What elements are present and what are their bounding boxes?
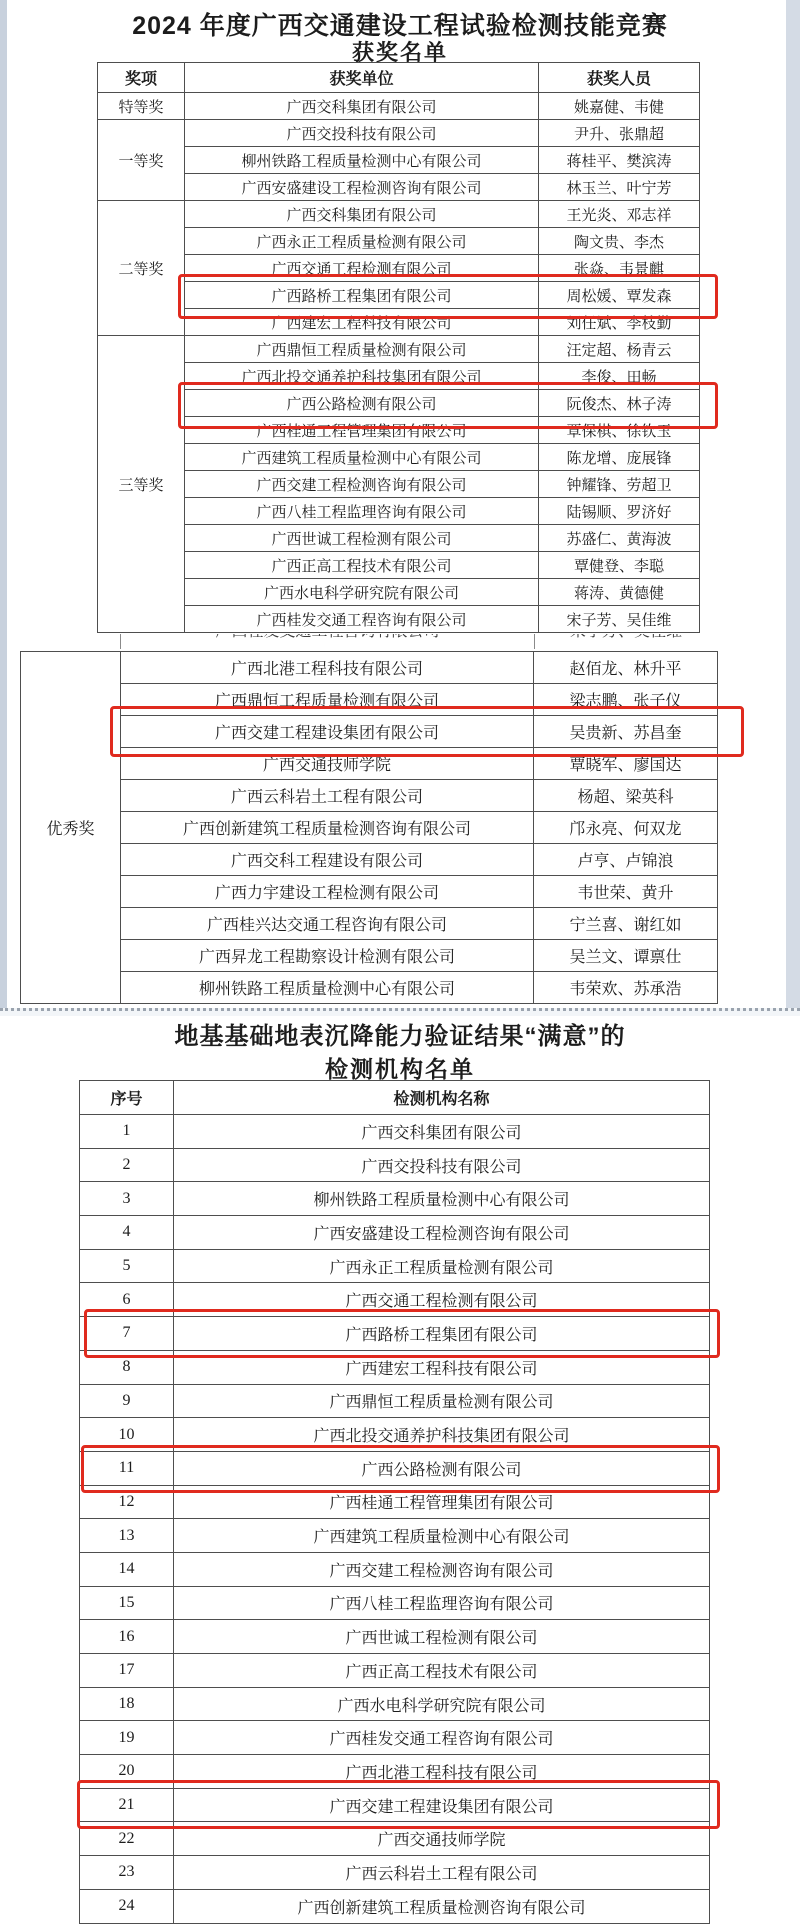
- row-number-cell: 3: [80, 1182, 174, 1216]
- awards-column-header: 获奖人员: [539, 63, 700, 93]
- row-number-cell: 23: [80, 1856, 174, 1890]
- unit-cell: 广西永正工程质量检测有限公司: [185, 228, 539, 255]
- award-row: 广西世诚工程检测有限公司苏盛仁、黄海波: [98, 525, 700, 552]
- people-cell: 梁志鹏、张子仪: [534, 684, 718, 716]
- row-number-cell: 14: [80, 1552, 174, 1586]
- row-number-cell: 20: [80, 1755, 174, 1789]
- people-cell: 杨超、梁英科: [534, 780, 718, 812]
- people-cell: 宁兰喜、谢红如: [534, 908, 718, 940]
- people-cell: 韦世荣、黄升: [534, 876, 718, 908]
- people-cell: 陶文贵、李杰: [539, 228, 700, 255]
- institution-cell: 广西路桥工程集团有限公司: [174, 1317, 710, 1351]
- award-row: 广西安盛建设工程检测咨询有限公司林玉兰、叶宁芳: [98, 174, 700, 201]
- people-cell: 邝永亮、何双龙: [534, 812, 718, 844]
- institution-cell: 广西公路检测有限公司: [174, 1451, 710, 1485]
- institution-row: 4广西安盛建设工程检测咨询有限公司: [80, 1216, 710, 1250]
- row-number-cell: 13: [80, 1519, 174, 1553]
- institution-row: 23广西云科岩土工程有限公司: [80, 1856, 710, 1890]
- people-cell: 阮俊杰、林子涛: [539, 390, 700, 417]
- institutions-table: 序号检测机构名称1广西交科集团有限公司2广西交投科技有限公司3柳州铁路工程质量检…: [79, 1080, 710, 1924]
- institution-cell: 广西桂发交通工程咨询有限公司: [174, 1721, 710, 1755]
- institution-cell: 广西北投交通养护科技集团有限公司: [174, 1418, 710, 1452]
- people-cell: 宋子芳、吴佳维: [539, 606, 700, 633]
- people-cell: 李俊、田畅: [539, 363, 700, 390]
- people-cell: 覃晓军、廖国达: [534, 748, 718, 780]
- institution-row: 21广西交建工程建设集团有限公司: [80, 1788, 710, 1822]
- institution-cell: 广西交通工程检测有限公司: [174, 1283, 710, 1317]
- people-cell: 张焱、韦景麒: [539, 255, 700, 282]
- award-row: 广西水电科学研究院有限公司蒋涛、黄德健: [98, 579, 700, 606]
- institution-row: 20广西北港工程科技有限公司: [80, 1755, 710, 1789]
- award-row: 广西交建工程建设集团有限公司吴贵新、苏昌奎: [21, 716, 718, 748]
- row-number-cell: 18: [80, 1687, 174, 1721]
- award-row: 广西创新建筑工程质量检测咨询有限公司邝永亮、何双龙: [21, 812, 718, 844]
- institution-row: 17广西正高工程技术有限公司: [80, 1654, 710, 1688]
- people-cell: 陆锡顺、罗济好: [539, 498, 700, 525]
- institution-cell: 柳州铁路工程质量检测中心有限公司: [174, 1182, 710, 1216]
- unit-cell: 广西交投科技有限公司: [185, 120, 539, 147]
- institution-row: 18广西水电科学研究院有限公司: [80, 1687, 710, 1721]
- award-category-cell: 二等奖: [98, 201, 185, 336]
- unit-cell: 广西昇龙工程勘察设计检测有限公司: [121, 940, 534, 972]
- unit-cell: 广西世诚工程检测有限公司: [185, 525, 539, 552]
- institution-row: 14广西交建工程检测咨询有限公司: [80, 1552, 710, 1586]
- people-cell: 覃健登、李聪: [539, 552, 700, 579]
- unit-cell: 广西水电科学研究院有限公司: [185, 579, 539, 606]
- awards-column-header: 获奖单位: [185, 63, 539, 93]
- institution-row: 5广西永正工程质量检测有限公司: [80, 1249, 710, 1283]
- institution-row: 3柳州铁路工程质量检测中心有限公司: [80, 1182, 710, 1216]
- unit-cell: 广西八桂工程监理咨询有限公司: [185, 498, 539, 525]
- award-row: 二等奖广西交科集团有限公司王光炎、邓志祥: [98, 201, 700, 228]
- people-cell: 钟耀锋、劳超卫: [539, 471, 700, 498]
- award-row: 三等奖广西鼎恒工程质量检测有限公司汪定超、杨青云: [98, 336, 700, 363]
- unit-cell: 柳州铁路工程质量检测中心有限公司: [121, 972, 534, 1004]
- award-row: 柳州铁路工程质量检测中心有限公司韦荣欢、苏承浩: [21, 972, 718, 1004]
- institution-row: 2广西交投科技有限公司: [80, 1148, 710, 1182]
- people-cell: 王光炎、邓志祥: [539, 201, 700, 228]
- institution-row: 16广西世诚工程检测有限公司: [80, 1620, 710, 1654]
- overlap-cut-award-cell: [20, 634, 120, 649]
- unit-cell: 广西桂通工程管理集团有限公司: [185, 417, 539, 444]
- unit-cell: 广西力宇建设工程检测有限公司: [121, 876, 534, 908]
- row-number-cell: 6: [80, 1283, 174, 1317]
- institution-row: 11广西公路检测有限公司: [80, 1451, 710, 1485]
- institution-row: 24广西创新建筑工程质量检测咨询有限公司: [80, 1889, 710, 1923]
- unit-cell: 广西北投交通养护科技集团有限公司: [185, 363, 539, 390]
- people-cell: 尹升、张鼎超: [539, 120, 700, 147]
- institution-cell: 广西交通技师学院: [174, 1822, 710, 1856]
- row-number-cell: 7: [80, 1317, 174, 1351]
- institution-row: 22广西交通技师学院: [80, 1822, 710, 1856]
- awards-header-row: 奖项获奖单位获奖人员: [98, 63, 700, 93]
- row-number-cell: 4: [80, 1216, 174, 1250]
- unit-cell: 广西桂兴达交通工程咨询有限公司: [121, 908, 534, 940]
- people-cell: 林玉兰、叶宁芳: [539, 174, 700, 201]
- row-number-cell: 1: [80, 1115, 174, 1149]
- institution-cell: 广西创新建筑工程质量检测咨询有限公司: [174, 1889, 710, 1923]
- people-cell: 吴兰文、谭禀仕: [534, 940, 718, 972]
- institution-cell: 广西永正工程质量检测有限公司: [174, 1249, 710, 1283]
- institutions-header-row: 序号检测机构名称: [80, 1081, 710, 1115]
- institution-cell: 广西交建工程检测咨询有限公司: [174, 1552, 710, 1586]
- institution-row: 8广西建宏工程科技有限公司: [80, 1350, 710, 1384]
- row-number-cell: 19: [80, 1721, 174, 1755]
- unit-cell: 广西鼎恒工程质量检测有限公司: [121, 684, 534, 716]
- institution-cell: 广西云科岩土工程有限公司: [174, 1856, 710, 1890]
- people-cell: 陈龙增、庞展锋: [539, 444, 700, 471]
- page-edge-left: [0, 0, 7, 1008]
- institution-cell: 广西鼎恒工程质量检测有限公司: [174, 1384, 710, 1418]
- unit-cell: 广西交科工程建设有限公司: [121, 844, 534, 876]
- people-cell: 周松媛、覃发森: [539, 282, 700, 309]
- award-row: 广西永正工程质量检测有限公司陶文贵、李杰: [98, 228, 700, 255]
- award-row: 广西云科岩土工程有限公司杨超、梁英科: [21, 780, 718, 812]
- people-cell: 赵佰龙、林升平: [534, 652, 718, 684]
- award-category-cell: 优秀奖: [21, 652, 121, 1004]
- institution-row: 1广西交科集团有限公司: [80, 1115, 710, 1149]
- unit-cell: 广西交科集团有限公司: [185, 201, 539, 228]
- institution-row: 6广西交通工程检测有限公司: [80, 1283, 710, 1317]
- row-number-cell: 9: [80, 1384, 174, 1418]
- section-divider: [0, 1008, 800, 1016]
- people-cell: 汪定超、杨青云: [539, 336, 700, 363]
- verification-title-line1: 地基基础地表沉降能力验证结果“满意”的: [0, 1016, 800, 1051]
- award-row: 广西北投交通养护科技集团有限公司李俊、田畅: [98, 363, 700, 390]
- award-row: 广西交通工程检测有限公司张焱、韦景麒: [98, 255, 700, 282]
- award-row: 广西力宇建设工程检测有限公司韦世荣、黄升: [21, 876, 718, 908]
- row-number-cell: 15: [80, 1586, 174, 1620]
- award-row: 特等奖广西交科集团有限公司姚嘉健、韦健: [98, 93, 700, 120]
- row-number-cell: 17: [80, 1654, 174, 1688]
- institution-row: 13广西建筑工程质量检测中心有限公司: [80, 1519, 710, 1553]
- overlap-cut-row-inner: 广西桂发交通工程咨询有限公司 宋子芳、吴佳维: [20, 634, 717, 649]
- award-category-cell: 三等奖: [98, 336, 185, 633]
- institution-cell: 广西世诚工程检测有限公司: [174, 1620, 710, 1654]
- award-row: 广西公路检测有限公司阮俊杰、林子涛: [98, 390, 700, 417]
- unit-cell: 广西交通技师学院: [121, 748, 534, 780]
- award-row: 广西建筑工程质量检测中心有限公司陈龙增、庞展锋: [98, 444, 700, 471]
- people-cell: 卢亨、卢锦浪: [534, 844, 718, 876]
- people-cell: 蒋涛、黄德健: [539, 579, 700, 606]
- institution-cell: 广西正高工程技术有限公司: [174, 1654, 710, 1688]
- award-row: 柳州铁路工程质量检测中心有限公司蒋桂平、樊滨涛: [98, 147, 700, 174]
- institution-row: 12广西桂通工程管理集团有限公司: [80, 1485, 710, 1519]
- award-row: 广西路桥工程集团有限公司周松媛、覃发森: [98, 282, 700, 309]
- award-row: 广西交科工程建设有限公司卢亨、卢锦浪: [21, 844, 718, 876]
- institution-cell: 广西建宏工程科技有限公司: [174, 1350, 710, 1384]
- overlap-cut-row: 广西桂发交通工程咨询有限公司 宋子芳、吴佳维: [20, 634, 717, 650]
- row-number-cell: 2: [80, 1148, 174, 1182]
- institution-cell: 广西交投科技有限公司: [174, 1148, 710, 1182]
- people-cell: 苏盛仁、黄海波: [539, 525, 700, 552]
- award-row: 广西交建工程检测咨询有限公司钟耀锋、劳超卫: [98, 471, 700, 498]
- people-cell: 覃保棋、徐钦玉: [539, 417, 700, 444]
- institution-cell: 广西桂通工程管理集团有限公司: [174, 1485, 710, 1519]
- awards-table: 奖项获奖单位获奖人员特等奖广西交科集团有限公司姚嘉健、韦健一等奖广西交投科技有限…: [97, 62, 700, 633]
- award-row: 优秀奖广西北港工程科技有限公司赵佰龙、林升平: [21, 652, 718, 684]
- unit-cell: 广西交建工程检测咨询有限公司: [185, 471, 539, 498]
- row-number-cell: 5: [80, 1249, 174, 1283]
- award-row: 广西昇龙工程勘察设计检测有限公司吴兰文、谭禀仕: [21, 940, 718, 972]
- unit-cell: 广西桂发交通工程咨询有限公司: [185, 606, 539, 633]
- award-category-cell: 特等奖: [98, 93, 185, 120]
- award-row: 广西建宏工程科技有限公司刘任斌、李枝勤: [98, 309, 700, 336]
- institution-cell: 广西水电科学研究院有限公司: [174, 1687, 710, 1721]
- unit-cell: 柳州铁路工程质量检测中心有限公司: [185, 147, 539, 174]
- unit-cell: 广西建筑工程质量检测中心有限公司: [185, 444, 539, 471]
- institution-row: 7广西路桥工程集团有限公司: [80, 1317, 710, 1351]
- institution-row: 15广西八桂工程监理咨询有限公司: [80, 1586, 710, 1620]
- unit-cell: 广西交建工程建设集团有限公司: [121, 716, 534, 748]
- people-cell: 吴贵新、苏昌奎: [534, 716, 718, 748]
- unit-cell: 广西交通工程检测有限公司: [185, 255, 539, 282]
- people-cell: 韦荣欢、苏承浩: [534, 972, 718, 1004]
- row-number-cell: 8: [80, 1350, 174, 1384]
- institution-cell: 广西北港工程科技有限公司: [174, 1755, 710, 1789]
- institution-cell: 广西交建工程建设集团有限公司: [174, 1788, 710, 1822]
- unit-cell: 广西安盛建设工程检测咨询有限公司: [185, 174, 539, 201]
- institutions-column-header: 序号: [80, 1081, 174, 1115]
- people-cell: 刘任斌、李枝勤: [539, 309, 700, 336]
- awards-column-header: 奖项: [98, 63, 185, 93]
- unit-cell: 广西鼎恒工程质量检测有限公司: [185, 336, 539, 363]
- overlap-cut-people-cell: 宋子芳、吴佳维: [535, 634, 717, 649]
- award-row: 一等奖广西交投科技有限公司尹升、张鼎超: [98, 120, 700, 147]
- award-category-cell: 一等奖: [98, 120, 185, 201]
- unit-cell: 广西正高工程技术有限公司: [185, 552, 539, 579]
- row-number-cell: 24: [80, 1889, 174, 1923]
- award-row: 广西八桂工程监理咨询有限公司陆锡顺、罗济好: [98, 498, 700, 525]
- unit-cell: 广西北港工程科技有限公司: [121, 652, 534, 684]
- overlap-cut-unit-cell: 广西桂发交通工程咨询有限公司: [120, 634, 535, 649]
- unit-cell: 广西建宏工程科技有限公司: [185, 309, 539, 336]
- institution-cell: 广西建筑工程质量检测中心有限公司: [174, 1519, 710, 1553]
- people-cell: 蒋桂平、樊滨涛: [539, 147, 700, 174]
- award-row: 广西桂通工程管理集团有限公司覃保棋、徐钦玉: [98, 417, 700, 444]
- award-row: 广西鼎恒工程质量检测有限公司梁志鹏、张子仪: [21, 684, 718, 716]
- row-number-cell: 21: [80, 1788, 174, 1822]
- unit-cell: 广西公路检测有限公司: [185, 390, 539, 417]
- institutions-column-header: 检测机构名称: [174, 1081, 710, 1115]
- institution-row: 9广西鼎恒工程质量检测有限公司: [80, 1384, 710, 1418]
- institution-cell: 广西八桂工程监理咨询有限公司: [174, 1586, 710, 1620]
- institution-cell: 广西安盛建设工程检测咨询有限公司: [174, 1216, 710, 1250]
- row-number-cell: 10: [80, 1418, 174, 1452]
- award-row: 广西交通技师学院覃晓军、廖国达: [21, 748, 718, 780]
- unit-cell: 广西交科集团有限公司: [185, 93, 539, 120]
- scanned-document: 2024 年度广西交通建设工程试验检测技能竞赛 获奖名单 奖项获奖单位获奖人员特…: [0, 0, 800, 1924]
- unit-cell: 广西云科岩土工程有限公司: [121, 780, 534, 812]
- page-edge-right: [786, 0, 800, 1008]
- row-number-cell: 11: [80, 1451, 174, 1485]
- people-cell: 姚嘉健、韦健: [539, 93, 700, 120]
- institution-row: 19广西桂发交通工程咨询有限公司: [80, 1721, 710, 1755]
- institution-cell: 广西交科集团有限公司: [174, 1115, 710, 1149]
- unit-cell: 广西创新建筑工程质量检测咨询有限公司: [121, 812, 534, 844]
- institution-row: 10广西北投交通养护科技集团有限公司: [80, 1418, 710, 1452]
- row-number-cell: 12: [80, 1485, 174, 1519]
- award-row: 广西正高工程技术有限公司覃健登、李聪: [98, 552, 700, 579]
- award-row: 广西桂发交通工程咨询有限公司宋子芳、吴佳维: [98, 606, 700, 633]
- row-number-cell: 22: [80, 1822, 174, 1856]
- row-number-cell: 16: [80, 1620, 174, 1654]
- unit-cell: 广西路桥工程集团有限公司: [185, 282, 539, 309]
- excellence-awards-table: 优秀奖广西北港工程科技有限公司赵佰龙、林升平广西鼎恒工程质量检测有限公司梁志鹏、…: [20, 651, 718, 1004]
- award-row: 广西桂兴达交通工程咨询有限公司宁兰喜、谢红如: [21, 908, 718, 940]
